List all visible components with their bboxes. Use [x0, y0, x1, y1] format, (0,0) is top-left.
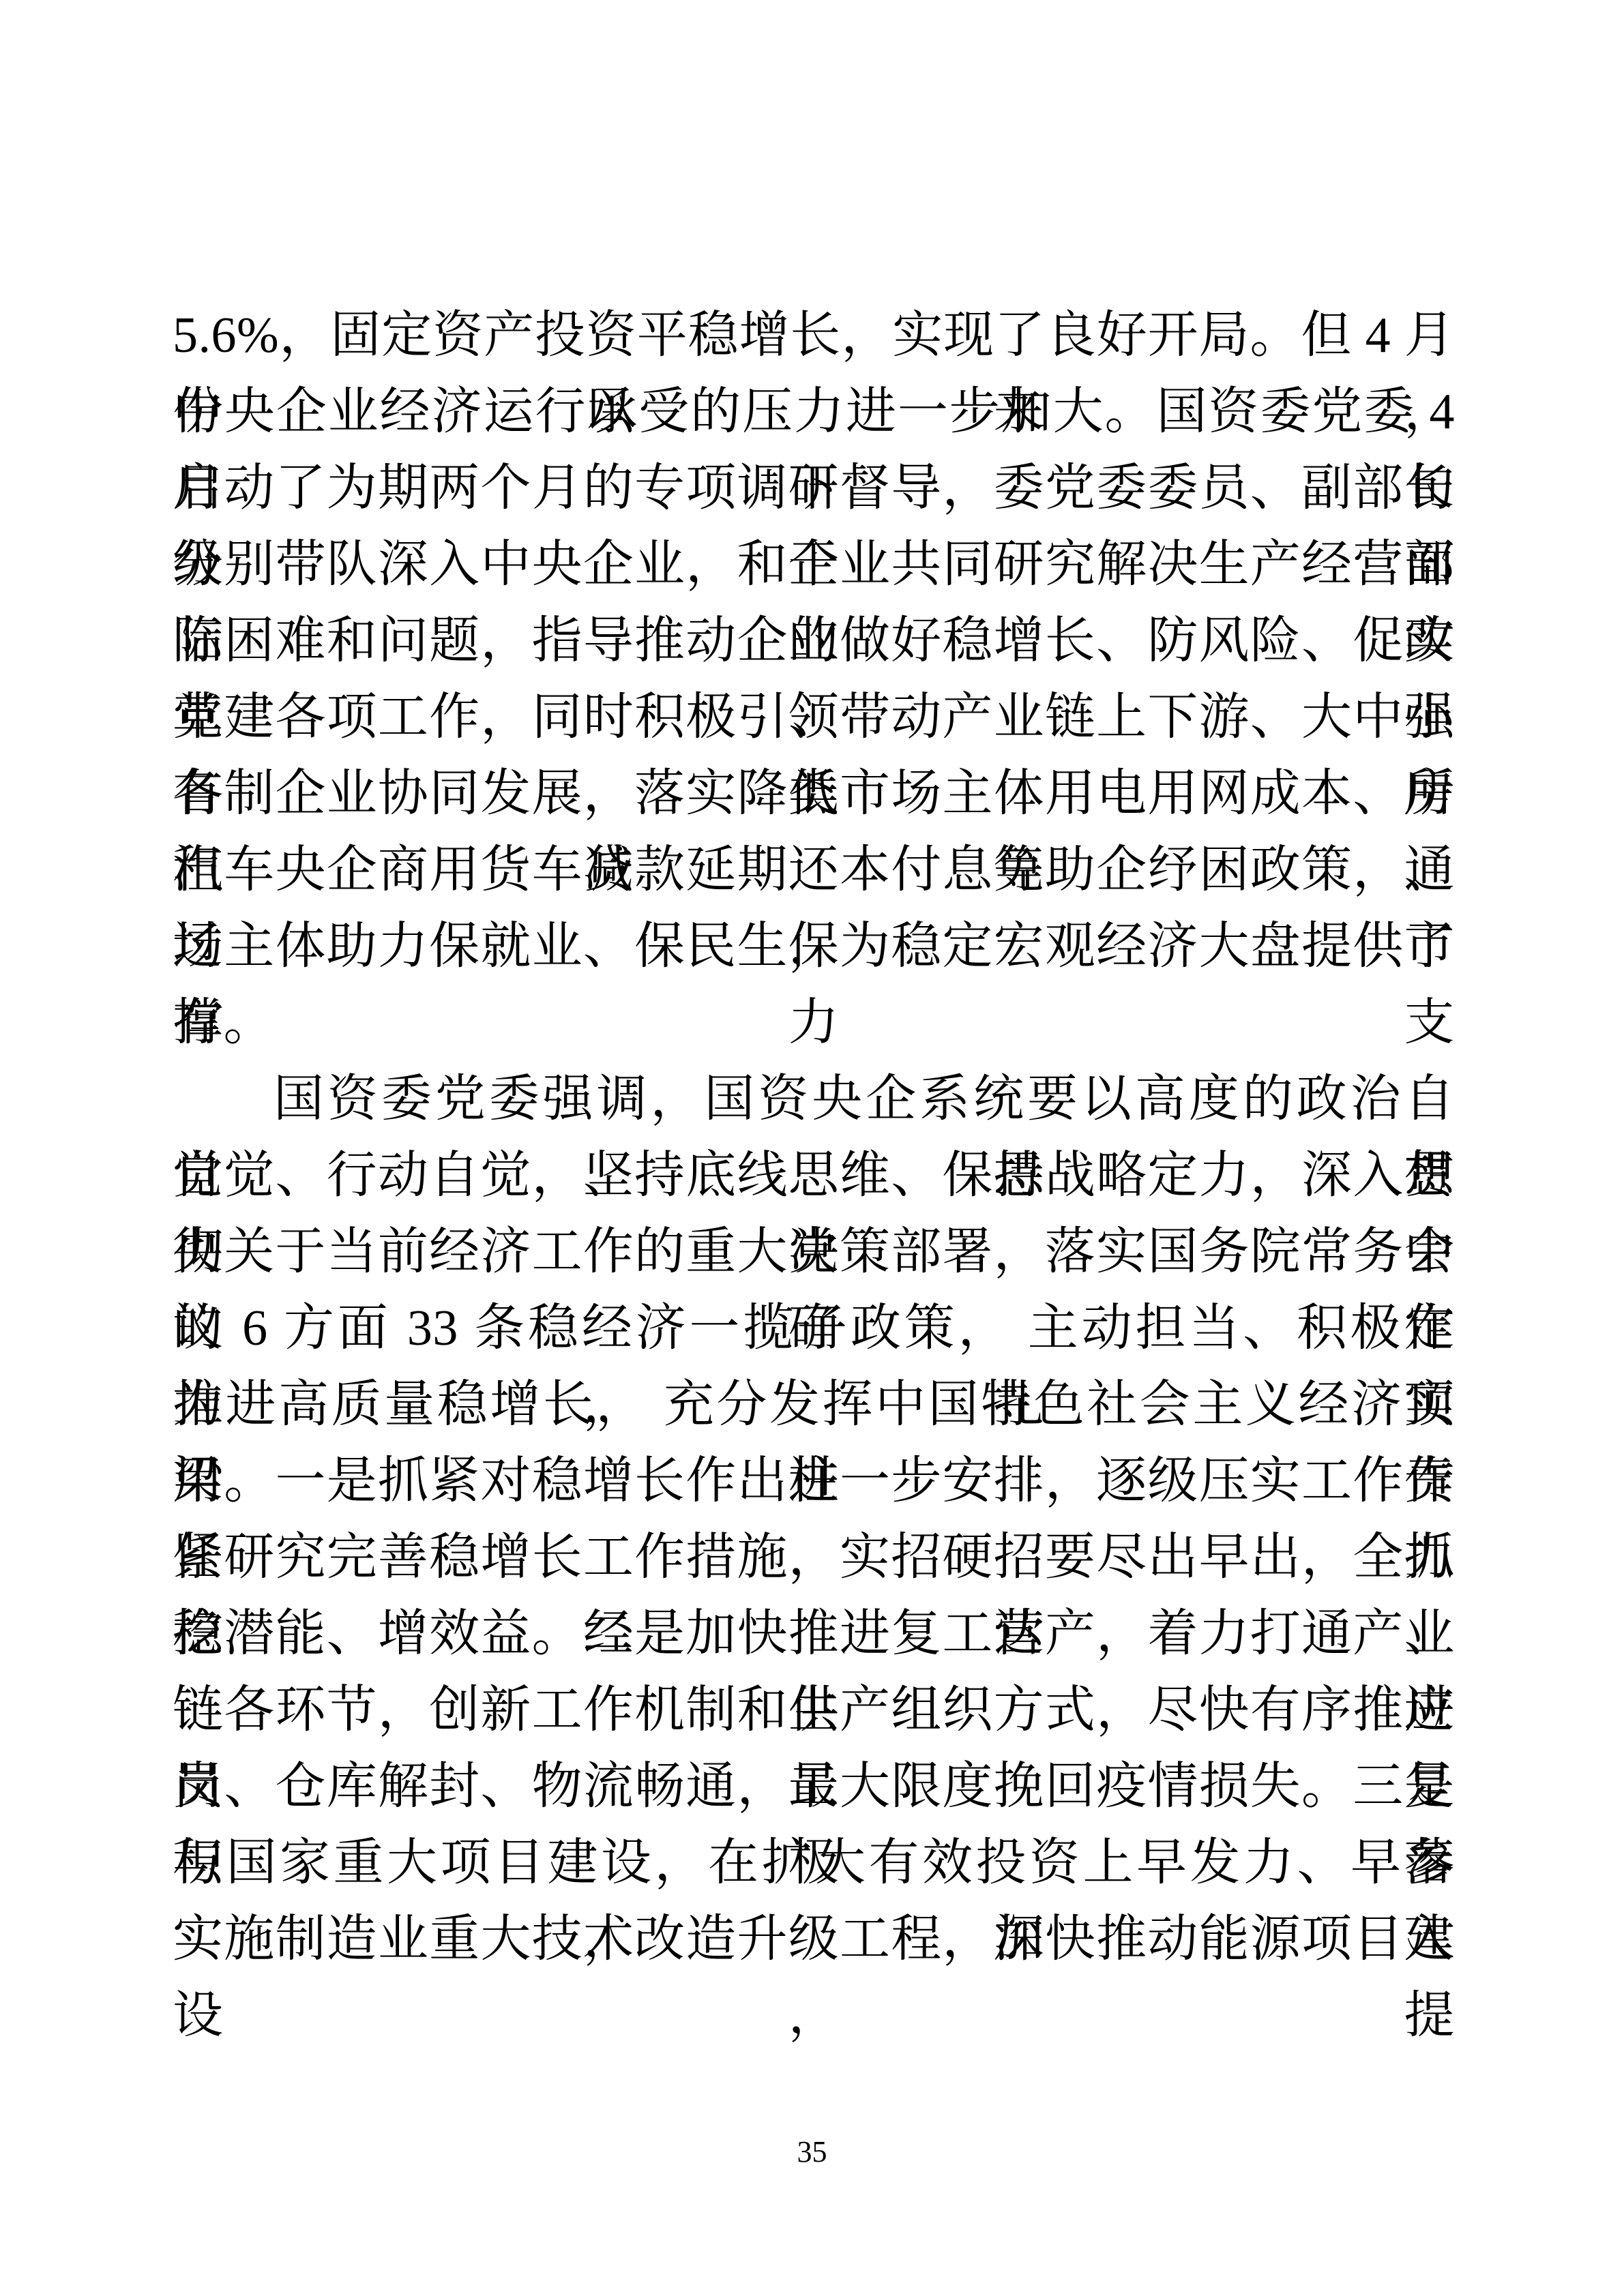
text-line: 挖潜能、增效益。二是加快推进复工达产，着力打通产业链供应 — [173, 1596, 1455, 1672]
text-line: 汽车央企商用货车贷款延期还本付息等助企纾困政策，通过保市 — [173, 832, 1455, 908]
text-line: 党建各项工作，同时积极引领带动产业链上下游、大中小各类所 — [173, 679, 1455, 756]
text-line: 用。一是抓紧对稳增长作出进一步安排，逐级压实工作责任，抓 — [173, 1443, 1455, 1519]
text-line: 中央企业经济运行承受的压力进一步加大。国资委党委 4 月下旬 — [173, 374, 1455, 450]
text-line: 推进高质量稳增长， 充分发挥中国特色社会主义经济顶梁柱作 — [173, 1367, 1455, 1443]
text-line: 分别带队深入中央企业，和企业共同研究解决生产经营面临的实 — [173, 526, 1455, 603]
text-body: 5.6%，固定资产投资平稳增长，实现了良好开局。但 4 月份以来， 中央企业经济… — [173, 297, 1455, 1978]
text-line: 场主体助力保就业、保民生，为稳定宏观经济大盘提供了有力支 — [173, 908, 1455, 985]
text-line: 岗、仓库解封、物流畅通，最大限度挽回疫情损失。三是积极参 — [173, 1748, 1455, 1825]
text-line: 的 6 方面 33 条稳经济一揽子政策， 主动担当、积极作为，扎实 — [173, 1290, 1455, 1367]
page-number: 35 — [0, 2132, 1624, 2173]
text-line: 央关于当前经济工作的重大决策部署，落实国务院常务会议确定 — [173, 1214, 1455, 1290]
text-line: 5.6%，固定资产投资平稳增长，实现了良好开局。但 4 月份以来， — [173, 297, 1455, 374]
text-line: 际困难和问题，指导推动企业做好稳增长、防风险、促改革、强 — [173, 603, 1455, 679]
text-line: 有制企业协同发展，落实降低市场主体用电用网成本、房租减免、 — [173, 756, 1455, 832]
text-line: 国资委党委强调，国资央企系统要以高度的政治自觉、思想 — [173, 1061, 1455, 1137]
text-line: 链各环节，创新工作机制和生产组织方式，尽快有序推进员工复 — [173, 1672, 1455, 1748]
text-line: 实施制造业重大技术改造升级工程，加快推动能源项目建设，提 — [173, 1901, 1455, 1978]
document-page: 5.6%，固定资产投资平稳增长，实现了良好开局。但 4 月份以来， 中央企业经济… — [0, 0, 1624, 2296]
text-line: 紧研究完善稳增长工作措施，实招硬招要尽出早出，全力稳经营、 — [173, 1519, 1455, 1596]
text-line: 启动了为期两个月的专项调研督导，委党委委员、副部长级干部 — [173, 450, 1455, 526]
text-line: 自觉、行动自觉，坚持底线思维、保持战略定力，深入贯彻党中 — [173, 1137, 1455, 1214]
text-line: 与国家重大项目建设，在扩大有效投资上早发力、早落实，深入 — [173, 1825, 1455, 1901]
